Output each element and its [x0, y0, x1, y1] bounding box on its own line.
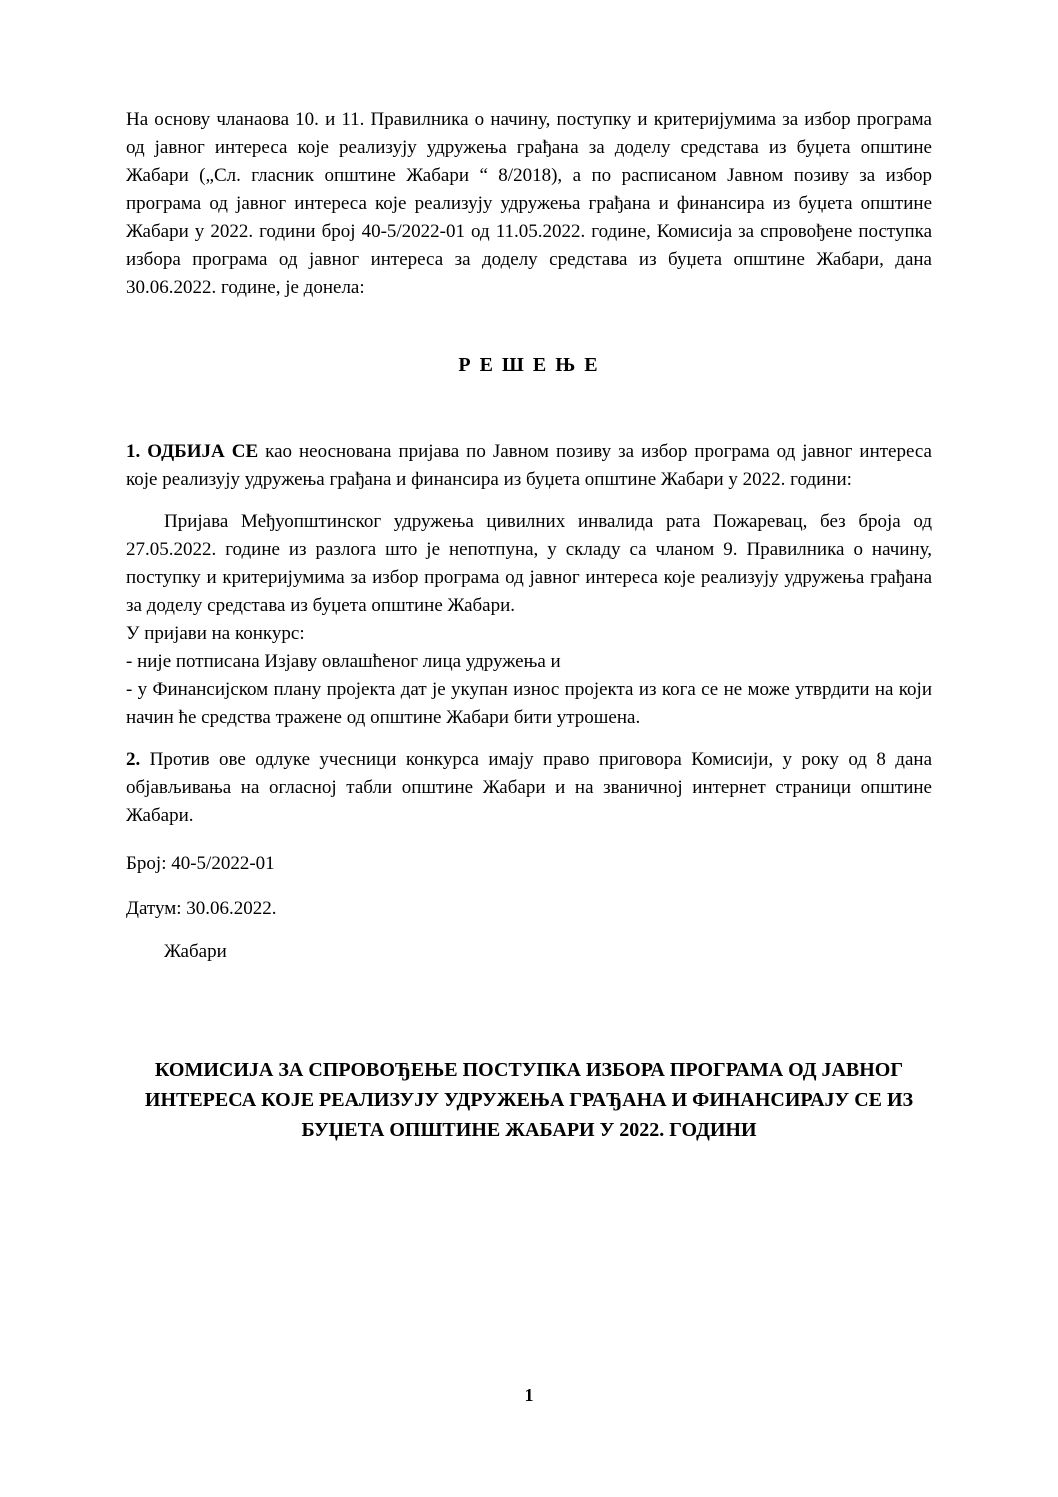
point-1-paragraph: 1. ОДБИЈА СЕ као неоснована пријава по Ј… [126, 438, 932, 494]
intro-paragraph: На основу чланаова 10. и 11. Правилника … [126, 106, 932, 302]
application-note-item: - у Финансијском плану пројекта дат је у… [126, 676, 932, 732]
application-paragraph: Пријава Међуопштинског удружења цивилних… [126, 508, 932, 620]
point-2-text: Против ове одлуке учесници конкурса имај… [126, 749, 932, 826]
decision-heading: Р Е Ш Е Њ Е [126, 350, 932, 380]
document-place: Жабари [126, 938, 932, 966]
point-2-label: 2. [126, 749, 140, 770]
reference-number: Број: 40-5/2022-01 [126, 850, 932, 878]
application-note-item: - није потписана Изјаву овлашћеног лица … [126, 648, 932, 676]
point-1-label: 1. ОДБИЈА СЕ [126, 441, 258, 462]
page-number: 1 [0, 1383, 1058, 1407]
document-page: На основу чланаова 10. и 11. Правилника … [0, 0, 1058, 1497]
commission-heading: КОМИСИЈА ЗА СПРОВОЂЕЊЕ ПОСТУПКА ИЗБОРА П… [126, 1055, 932, 1145]
point-2-paragraph: 2. Против ове одлуке учесници конкурса и… [126, 746, 932, 830]
application-note-intro: У пријави на конкурс: [126, 620, 932, 648]
document-date: Датум: 30.06.2022. [126, 895, 932, 923]
